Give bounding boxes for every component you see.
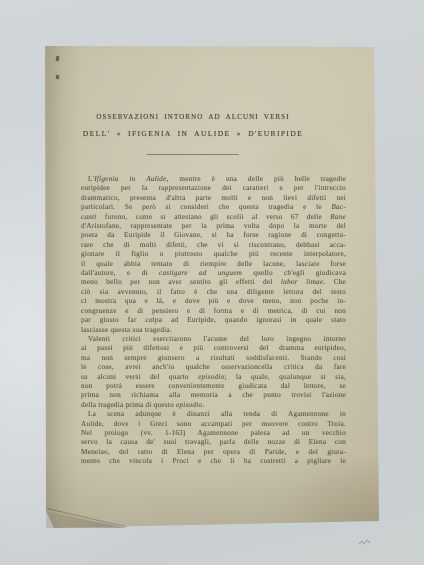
body-line: meno bello per non aver sentito gli effe… <box>81 278 346 287</box>
body-text: L'Ifigenia in Aulide, mentre è una delle… <box>81 175 346 467</box>
body-line: su alcuni versi del quarto episodio; la … <box>81 373 346 382</box>
body-line: dall'autore, e di castigare ad unguem qu… <box>81 269 346 278</box>
staple-mark-icon <box>56 75 60 79</box>
title-divider <box>147 154 239 155</box>
body-line: poeta da Euripide il Giovane, si ha fors… <box>81 231 346 240</box>
title-block: OSSERVAZIONI INTORNO AD ALCUNI VERSI DEL… <box>61 112 325 155</box>
body-line: della tragedia prima di questo episodio. <box>81 401 346 410</box>
body-line: particolari. Se però si consideri che qu… <box>81 203 346 212</box>
body-line: gionare il figlio o piuttosto qualche pi… <box>81 250 346 259</box>
body-line: lasciasse questa sua tragedia. <box>81 326 346 335</box>
body-line: ma non sempre giunsero a risultati soddi… <box>81 354 346 363</box>
title-line-1: OSSERVAZIONI INTORNO AD ALCUNI VERSI <box>61 112 325 122</box>
body-line: par giusto far colpa ad Euripide, quando… <box>81 316 346 325</box>
body-line: Aulide, dove i Greci sono accampati per … <box>81 420 346 429</box>
body-line: La scena adunque è dinanzi alla tenda di… <box>81 410 346 419</box>
body-line: le cose, avrei anch'io qualche osservazi… <box>81 363 346 372</box>
body-line: d'Aristofane, rappresentate per la prima… <box>81 222 346 231</box>
title-line-2: DELL' « IFIGENIA IN AULIDE » D'EURIPIDE <box>61 129 325 139</box>
body-line: prima non richiama alla memoria a che pu… <box>81 391 346 400</box>
body-line: rare che di molti difetti, che vi si ris… <box>81 241 346 250</box>
body-line: mento che vincola i Proci e che li ha co… <box>81 457 346 466</box>
body-line: ci mostra qua e là, e dove più e dove me… <box>81 297 346 306</box>
body-line: drammatico, presenta d'altra parte molti… <box>81 194 346 203</box>
body-line: congruenze e di pensiero e di forma e di… <box>81 307 346 316</box>
body-line: ai passi più difettosi e più controversi… <box>81 344 346 353</box>
body-line: Menelao, del ratto di Elena per opera di… <box>81 448 346 457</box>
pencil-mark-icon <box>358 538 372 547</box>
body-line: euripidee per la rappresentazione dei ca… <box>81 184 346 193</box>
photo-backdrop: { "scene": { "background_color": "#cdd2d… <box>0 0 424 565</box>
body-line: Nel prologo (vv. 1-163) Agamennone pales… <box>81 429 346 438</box>
body-line: ciò sia avvenuto, il fatto è che una dil… <box>81 288 346 297</box>
body-line: L'Ifigenia in Aulide, mentre è una delle… <box>81 175 346 184</box>
body-line: il quale abbia tentato di riempire delle… <box>81 260 346 269</box>
body-line: servo la causa de' suoi travagli, parla … <box>81 438 346 447</box>
body-line: non potrà essere convenientemente giudic… <box>81 382 346 391</box>
body-line: Valenti critici esercitarono l'acume del… <box>81 335 346 344</box>
body-line: canti furono, come si attestano gli scol… <box>81 213 346 222</box>
